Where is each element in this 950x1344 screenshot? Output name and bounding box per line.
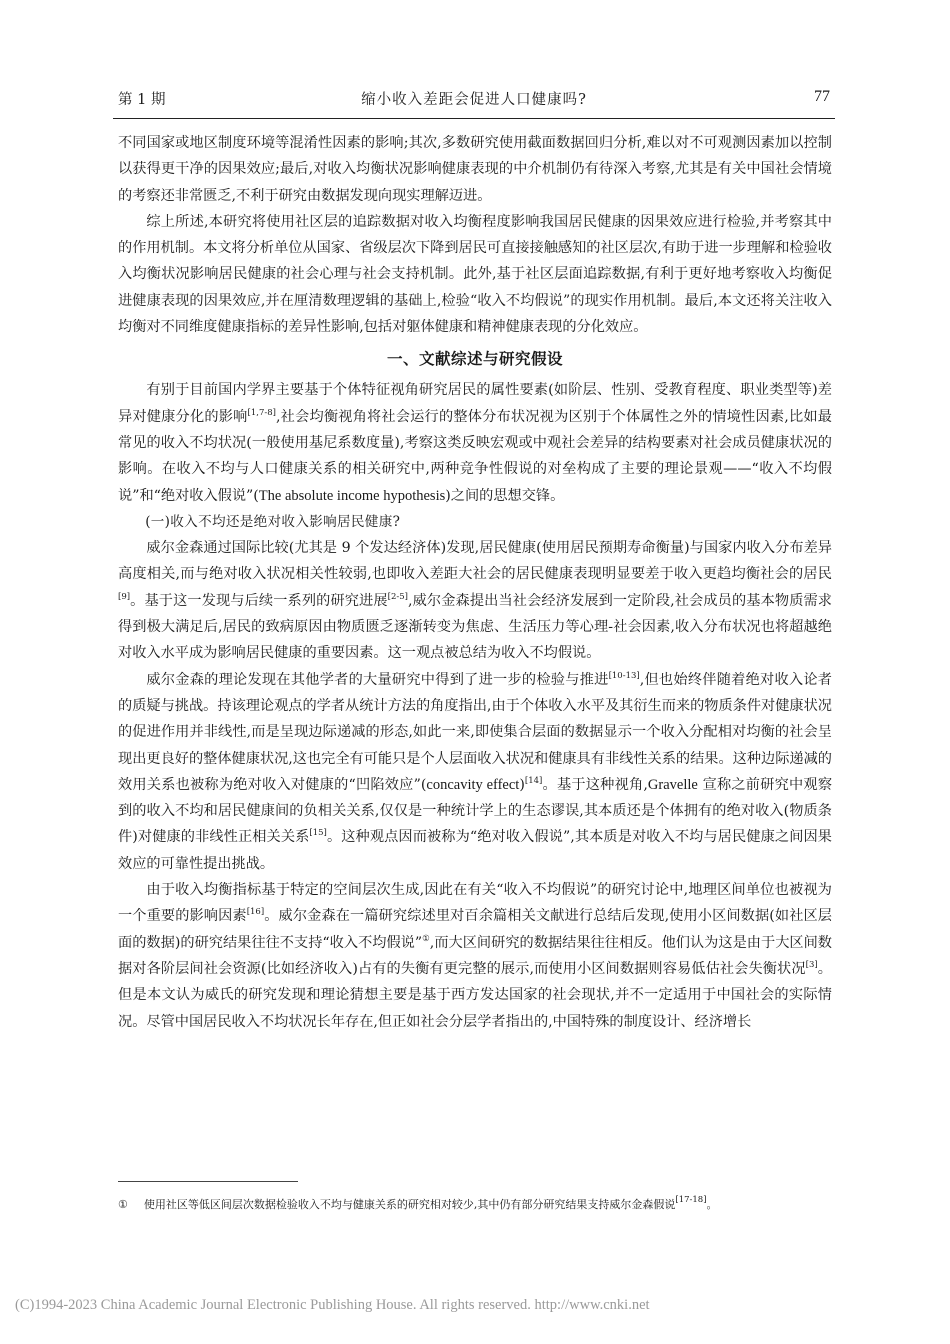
english-term: The absolute income hypothesis <box>259 488 445 504</box>
citation: [14] <box>525 776 542 786</box>
footnote-marker[interactable]: ① <box>422 934 430 944</box>
subsection-heading: (一)收入不均还是绝对收入影响居民健康? <box>118 509 832 535</box>
author-name: Gravelle <box>648 777 698 793</box>
running-header: 第 1 期 缩小收入差距会促进人口健康吗? 77 <box>118 88 830 112</box>
footnote-mark: ① <box>118 1198 128 1211</box>
running-title: 缩小收入差距会促进人口健康吗? <box>118 88 830 109</box>
citation: [1,7-8] <box>248 408 276 418</box>
section-heading: 一、文献综述与研究假设 <box>118 346 832 372</box>
citation: [3] <box>806 960 818 970</box>
paragraph-2: 综上所述,本研究将使用社区层的追踪数据对收入均衡程度影响我国居民健康的因果效应进… <box>118 209 832 340</box>
page-number: 77 <box>814 88 830 106</box>
article-body: 不同国家或地区制度环境等混淆性因素的影响;其次,多数研究使用截面数据回归分析,难… <box>118 130 832 1035</box>
citation: [17-18] <box>675 1195 706 1205</box>
footnote: ①使用社区等低区间层次数据检验收入不均与健康关系的研究相对较少,其中仍有部分研究… <box>118 1196 832 1214</box>
citation: [10-13] <box>609 671 640 681</box>
citation: [2-5] <box>388 592 408 602</box>
paragraph-3: 有别于目前国内学界主要基于个体特征视角研究居民的属性要素(如阶层、性别、受教育程… <box>118 377 832 508</box>
footnote-text: 使用社区等低区间层次数据检验收入不均与健康关系的研究相对较少,其中仍有部分研究结… <box>144 1198 676 1211</box>
citation: [16] <box>247 907 264 917</box>
citation: [15] <box>309 828 326 838</box>
footnote-divider <box>118 1181 298 1182</box>
citation: [9] <box>118 592 130 602</box>
english-term: concavity effect <box>426 777 519 793</box>
paragraph-5: 威尔金森的理论发现在其他学者的大量研究中得到了进一步的检验与推进[10-13],… <box>118 667 832 877</box>
header-divider <box>113 118 835 119</box>
copyright-notice: (C)1994-2023 China Academic Journal Elec… <box>15 1297 650 1314</box>
paragraph-1: 不同国家或地区制度环境等混淆性因素的影响;其次,多数研究使用截面数据回归分析,难… <box>118 130 832 209</box>
paragraph-4: 威尔金森通过国际比较(尤其是 9 个发达经济体)发现,居民健康(使用居民预期寿命… <box>118 535 832 666</box>
paragraph-6: 由于收入均衡指标基于特定的空间层次生成,因此在有关“收入不均假说”的研究讨论中,… <box>118 877 832 1035</box>
